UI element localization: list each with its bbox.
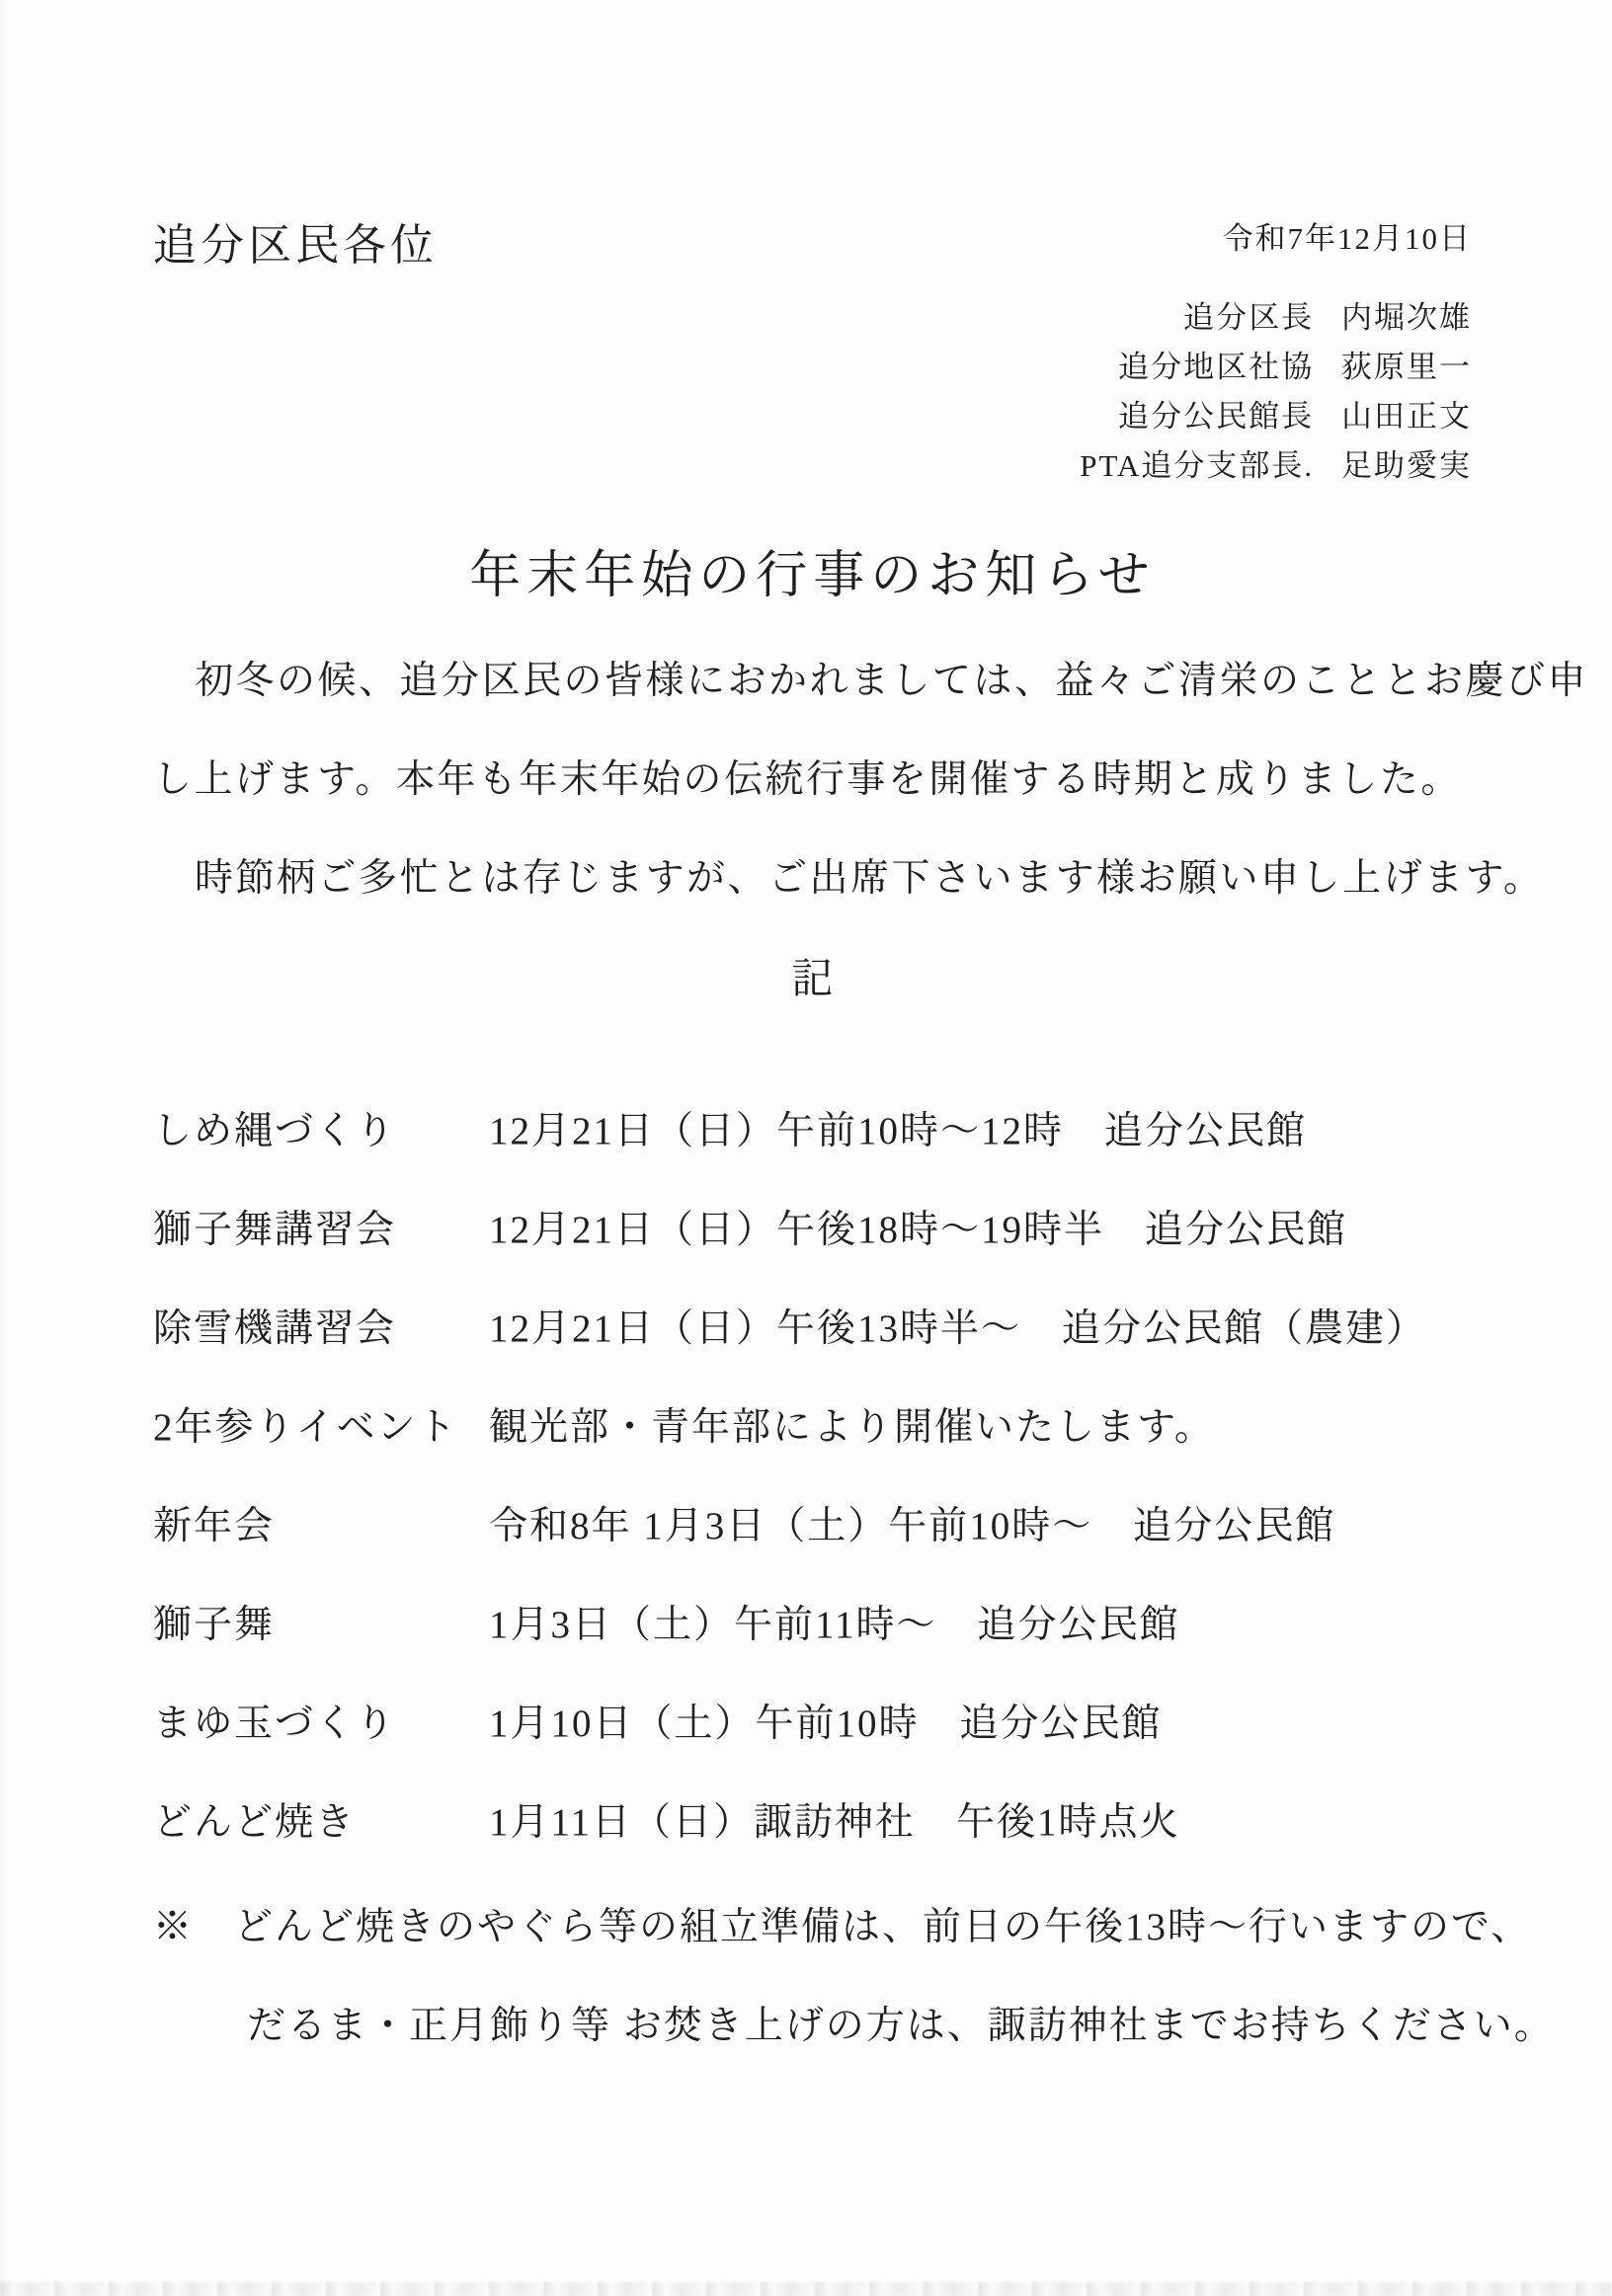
scan-bottom-edge-artifact <box>0 2282 1612 2296</box>
event-row: しめ縄づくり 12月21日（日）午前10時～12時 追分公民館 <box>153 1105 1472 1204</box>
sender-name: 荻原里一 <box>1341 350 1472 384</box>
scanned-notice-page: 追分区民各位 令和7年12月10日 追分区長内堀次雄 追分地区社協荻原里一 追分… <box>0 0 1612 2296</box>
sender-line: 追分区長内堀次雄 <box>1080 293 1472 343</box>
sender-role: 追分公民館長 <box>1118 399 1314 434</box>
event-detail: 1月11日（日）諏訪神社 午後1時点火 <box>489 1796 1180 1850</box>
date-and-senders: 令和7年12月10日 追分区長内堀次雄 追分地区社協荻原里一 追分公民館長山田正… <box>1080 222 1472 491</box>
event-name: 除雪機講習会 <box>153 1303 489 1356</box>
sender-line: 追分地区社協荻原里一 <box>1080 343 1472 392</box>
event-name: まゆ玉づくり <box>153 1698 489 1751</box>
greeting-line: 時節柄ご多忙とは存じますが、ご出席下さいます様お願い申し上げます。 <box>153 853 1472 952</box>
greeting-line: し上げます。本年も年末年始の伝統行事を開催する時期と成りました。 <box>153 754 1472 853</box>
event-row: 2年参りイベント 観光部・青年部により開催いたします。 <box>153 1401 1472 1500</box>
footnote-line: ※ どんど焼きのやぐら等の組立準備は、前日の午後13時～行いますので、 <box>153 1901 1472 2000</box>
document-date: 令和7年12月10日 <box>1080 222 1472 256</box>
event-detail: 1月10日（土）午前10時 追分公民館 <box>489 1698 1163 1751</box>
footnote-line: だるま・正月飾り等 お焚き上げの方は、諏訪神社までお持ちください。 <box>153 2000 1472 2098</box>
event-detail: 令和8年 1月3日（土）午前10時～ 追分公民館 <box>489 1500 1335 1553</box>
event-row: 新年会 令和8年 1月3日（土）午前10時～ 追分公民館 <box>153 1500 1472 1599</box>
sender-name: 内堀次雄 <box>1341 300 1472 335</box>
sender-line: 追分公民館長山田正文 <box>1080 392 1472 441</box>
event-row: まゆ玉づくり 1月10日（土）午前10時 追分公民館 <box>153 1698 1472 1796</box>
event-detail: 12月21日（日）午前10時～12時 追分公民館 <box>489 1105 1307 1158</box>
page-title: 年末年始の行事のお知らせ <box>153 542 1472 611</box>
recipient-line: 追分区民各位 <box>153 222 438 270</box>
event-name: しめ縄づくり <box>153 1105 489 1158</box>
event-name: 新年会 <box>153 1500 489 1553</box>
header: 追分区民各位 令和7年12月10日 追分区長内堀次雄 追分地区社協荻原里一 追分… <box>153 222 1472 491</box>
event-name: どんど焼き <box>153 1796 489 1850</box>
sender-name: 山田正文 <box>1341 399 1472 434</box>
event-detail: 12月21日（日）午後13時半～ 追分公民館（農建） <box>489 1303 1426 1356</box>
event-row: 獅子舞 1月3日（土）午前11時～ 追分公民館 <box>153 1599 1472 1698</box>
event-name: 獅子舞 <box>153 1599 489 1652</box>
sender-role: PTA追分支部長. <box>1080 448 1314 483</box>
event-detail: 観光部・青年部により開催いたします。 <box>489 1401 1215 1455</box>
sender-name: 足助愛実 <box>1341 448 1472 483</box>
footnote-block: ※ どんど焼きのやぐら等の組立準備は、前日の午後13時～行いますので、 だるま・… <box>153 1901 1472 2098</box>
event-name: 獅子舞講習会 <box>153 1204 489 1257</box>
event-row: 獅子舞講習会 12月21日（日）午後18時～19時半 追分公民館 <box>153 1204 1472 1303</box>
sender-line: PTA追分支部長.足助愛実 <box>1080 441 1472 491</box>
event-row: 除雪機講習会 12月21日（日）午後13時半～ 追分公民館（農建） <box>153 1303 1472 1401</box>
event-detail: 12月21日（日）午後18時～19時半 追分公民館 <box>489 1204 1347 1257</box>
sender-role: 追分地区社協 <box>1118 350 1314 384</box>
event-name: 2年参りイベント <box>153 1401 489 1455</box>
scan-left-shadow-artifact <box>0 0 10 2296</box>
greeting-line: 初冬の候、追分区民の皆様におかれましては、益々ご清栄のこととお慶び申 <box>153 656 1472 754</box>
greeting-paragraph: 初冬の候、追分区民の皆様におかれましては、益々ご清栄のこととお慶び申 し上げます… <box>153 656 1472 952</box>
record-mark: 記 <box>153 952 1472 1051</box>
event-row: どんど焼き 1月11日（日）諏訪神社 午後1時点火 <box>153 1796 1472 1895</box>
sender-role: 追分区長 <box>1183 300 1314 335</box>
event-detail: 1月3日（土）午前11時～ 追分公民館 <box>489 1599 1180 1652</box>
event-list: しめ縄づくり 12月21日（日）午前10時～12時 追分公民館 獅子舞講習会 1… <box>153 1105 1472 1895</box>
